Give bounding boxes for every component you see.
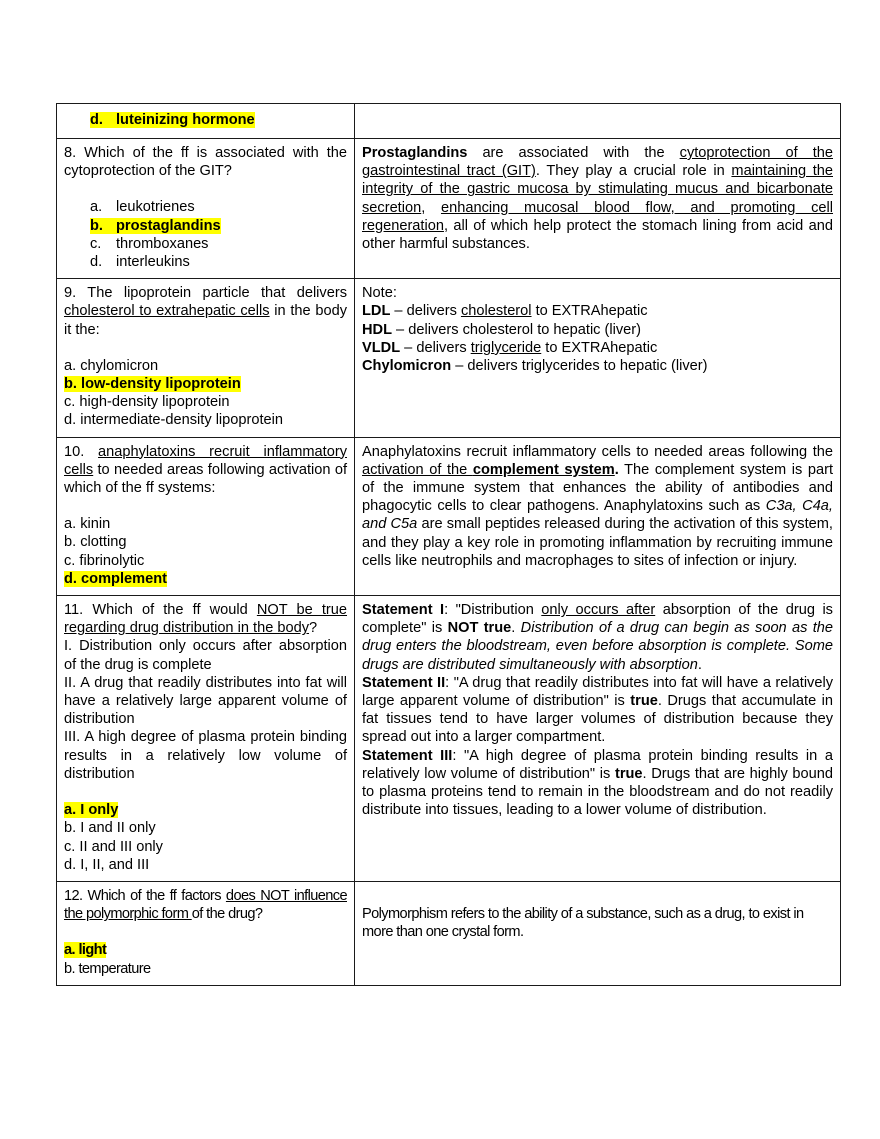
option-value: complement [77,571,167,587]
option-text: c. high-density lipoprotein [64,394,230,410]
text-run: 12. Which of the ff factors [64,888,226,904]
option-value: I only [76,802,118,818]
explanation-text: Prostaglandins are associated with the c… [362,144,833,253]
text-run: Statement I [362,602,444,618]
question-text: 10. anaphylatoxins recruit inflammatory … [64,443,347,498]
option-label: b. [64,820,76,836]
option-value: I and II only [76,820,156,836]
option-value: thromboxanes [116,236,208,252]
option: c. high-density lipoprotein [64,393,347,411]
option: a.leukotrienes [64,198,347,216]
option-text: b. I and II only [64,820,156,836]
option: c.thromboxanes [64,235,347,253]
text-run: are small peptides released during the a… [362,516,833,568]
text-run: – delivers triglycerides to hepatic (liv… [451,358,707,374]
question-text: II. A drug that readily distributes into… [64,674,347,729]
text-run: 8. Which of the ff is associated with th… [64,145,347,179]
text-run: . [511,620,520,636]
correct-option: b.prostaglandins [64,217,347,235]
option-text: d.interleukins [90,254,190,270]
text-run: 11. Which of the ff would [64,602,257,618]
option-value: I, II, and III [76,857,149,873]
option-text: a. kinin [64,516,110,532]
option-value: temperature [75,961,151,977]
explanation-text: Chylomicron – delivers triglycerides to … [362,357,833,375]
question-text: III. A high degree of plasma protein bin… [64,728,347,783]
option-label: d. [64,857,76,873]
option-label: b. [90,217,116,235]
option-value: intermediate-density lipoprotein [76,412,283,428]
correct-option: a. light [64,941,347,959]
text-run: of the drug? [192,906,263,922]
option-text: b.prostaglandins [90,218,221,234]
text-run: Anaphylatoxins recruit inflammatory cell… [362,444,833,460]
text-run: Statement III [362,748,452,764]
explanation-cell: Polymorphism refers to the ability of a … [355,881,841,985]
question-cell: 12. Which of the ff factors does NOT inf… [57,881,355,985]
option: c. II and III only [64,838,347,856]
option-text: c.thromboxanes [90,236,208,252]
spacer [64,180,347,198]
option-value: prostaglandins [116,218,221,234]
option-label: b. [64,376,77,392]
table-row: 10. anaphylatoxins recruit inflammatory … [57,437,841,595]
question-cell: 11. Which of the ff would NOT be true re… [57,596,355,882]
option-label: b. [64,534,76,550]
text-run: , [421,200,441,216]
option-value: II and III only [75,839,163,855]
text-run: HDL [362,322,392,338]
text-run: to EXTRAhepatic [541,340,657,356]
text-run: Note: [362,285,397,301]
option: a. kinin [64,515,347,533]
text-run: ? [309,620,317,636]
text-run: Prostaglandins [362,145,467,161]
option-text: d. I, II, and III [64,857,149,873]
option: b. clotting [64,533,347,551]
text-run: Polymorphism refers to the ability of a … [362,906,804,940]
explanation-cell: Anaphylatoxins recruit inflammatory cell… [355,437,841,595]
option-label: a. [90,198,116,216]
option-label: d. [90,111,116,129]
text-run: cholesterol to extrahepatic cells [64,303,270,319]
option-text: a. chylomicron [64,358,158,374]
option-text: b. clotting [64,534,126,550]
option: d.interleukins [64,253,347,271]
correct-option: a. I only [64,801,347,819]
text-run: – delivers cholesterol to hepatic (liver… [392,322,641,338]
option-label: c. [64,394,75,410]
table-row: 8. Which of the ff is associated with th… [57,139,841,279]
explanation-text: HDL – delivers cholesterol to hepatic (l… [362,321,833,339]
option: d. intermediate-density lipoprotein [64,411,347,429]
option-text: d.luteinizing hormone [90,112,255,128]
explanation-text: Statement II: "A drug that readily distr… [362,674,833,747]
option-value: fibrinolytic [75,553,144,569]
table-row: 9. The lipoprotein particle that deliver… [57,279,841,437]
explanation-text: Statement III: "A high degree of plasma … [362,747,833,820]
text-run: LDL [362,303,390,319]
text-run: complement system [473,462,615,478]
option: b. I and II only [64,819,347,837]
text-run: III. A high degree of plasma protein bin… [64,729,347,781]
explanation-text: Polymorphism refers to the ability of a … [362,905,833,941]
table-row: d.luteinizing hormone [57,104,841,139]
option-label: a. [64,802,76,818]
text-run: – delivers [390,303,461,319]
option-text: c. II and III only [64,839,163,855]
text-run: cholesterol [461,303,532,319]
question-text: 9. The lipoprotein particle that deliver… [64,284,347,339]
explanation-text: Note: [362,284,833,302]
option-text: a. I only [64,802,118,818]
option-value: kinin [76,516,110,532]
question-cell: 10. anaphylatoxins recruit inflammatory … [57,437,355,595]
explanation-cell: Prostaglandins are associated with the c… [355,139,841,279]
option-text: b. temperature [64,961,151,977]
explanation-text: VLDL – delivers triglyceride to EXTRAhep… [362,339,833,357]
text-run: true [615,766,643,782]
table-row: 11. Which of the ff would NOT be true re… [57,596,841,882]
text-run: 10. [64,444,98,460]
option-value: chylomicron [76,358,158,374]
option-label: b. [64,961,75,977]
option-value: clotting [76,534,126,550]
option: d. I, II, and III [64,856,347,874]
option-text: d. complement [64,571,167,587]
question-cell: 8. Which of the ff is associated with th… [57,139,355,279]
explanation-text: Statement I: "Distribution only occurs a… [362,601,833,674]
option: a. chylomicron [64,357,347,375]
option-text: d. intermediate-density lipoprotein [64,412,283,428]
text-run: Statement II [362,675,445,691]
option-label: a. [64,942,75,958]
text-run: activation of the [362,462,473,478]
text-run: . [698,657,702,673]
text-run: true [630,693,658,709]
option-value: low-density lipoprotein [77,376,241,392]
correct-option: b. low-density lipoprotein [64,375,347,393]
option-label: a. [64,516,76,532]
option-text: a. light [64,942,106,958]
text-run: – delivers [400,340,471,356]
text-run: : "Distribution [444,602,541,618]
option-label: c. [64,553,75,569]
option: c. fibrinolytic [64,552,347,570]
spacer [362,887,833,905]
table-row: 12. Which of the ff factors does NOT inf… [57,881,841,985]
question-text: 12. Which of the ff factors does NOT inf… [64,887,347,923]
option-label: a. [64,358,76,374]
text-run: to EXTRAhepatic [532,303,648,319]
text-run: 9. The lipoprotein particle that deliver… [64,285,347,301]
option-text: a.leukotrienes [90,199,195,215]
option-text: c. fibrinolytic [64,553,144,569]
text-run: are associated with the [467,145,679,161]
explanation-cell: Statement I: "Distribution only occurs a… [355,596,841,882]
option-value: leukotrienes [116,199,195,215]
text-run: VLDL [362,340,400,356]
option-label: d. [64,571,77,587]
correct-option: d.luteinizing hormone [64,111,347,129]
correct-option: d. complement [64,570,347,588]
spacer [64,497,347,515]
option-value: interleukins [116,254,190,270]
question-answer-table: d.luteinizing hormone8. Which of the ff … [56,103,841,986]
spacer [64,339,347,357]
explanation-cell: Note:LDL – delivers cholesterol to EXTRA… [355,279,841,437]
question-text: I. Distribution only occurs after absorp… [64,637,347,673]
question-cell: 9. The lipoprotein particle that deliver… [57,279,355,437]
option-text: b. low-density lipoprotein [64,376,241,392]
question-cell: d.luteinizing hormone [57,104,355,139]
option-value: high-density lipoprotein [75,394,229,410]
question-text: 11. Which of the ff would NOT be true re… [64,601,347,637]
question-text: 8. Which of the ff is associated with th… [64,144,347,180]
option-label: d. [64,412,76,428]
text-run: only occurs after [541,602,655,618]
text-run: triglyceride [471,340,542,356]
text-run: Chylomicron [362,358,451,374]
spacer [64,783,347,801]
explanation-text: Anaphylatoxins recruit inflammatory cell… [362,443,833,570]
explanation-cell [355,104,841,139]
option-label: d. [90,253,116,271]
text-run: I. Distribution only occurs after absorp… [64,638,347,672]
text-run: to needed areas following activation of … [64,462,347,496]
option-value: luteinizing hormone [116,112,255,128]
option-label: c. [64,839,75,855]
option-label: c. [90,235,116,253]
option-value: light [75,942,106,958]
spacer [64,923,347,941]
text-run: II. A drug that readily distributes into… [64,675,347,727]
text-run: . They play a crucial role in [536,163,732,179]
text-run: NOT true [448,620,512,636]
table-body: d.luteinizing hormone8. Which of the ff … [57,104,841,986]
explanation-text: LDL – delivers cholesterol to EXTRAhepat… [362,302,833,320]
option: b. temperature [64,960,347,978]
